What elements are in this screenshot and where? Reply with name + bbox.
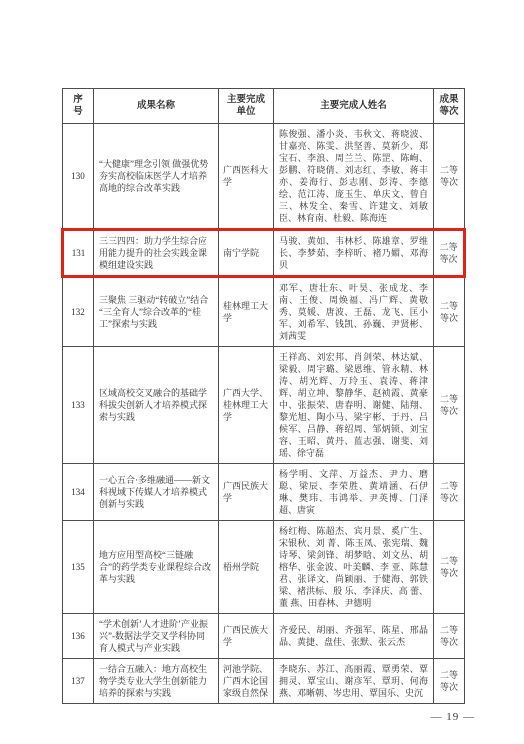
table-row: 133 区域高校交叉融合的基础学科拔尖创新人才培养模式探索与实践 广西大学、桂林… [63, 347, 465, 464]
cell-completer-names: 陈俊强、潘小炎、韦秋文、蒋晓波、甘嘉亮、陈雯、洪坚善、莫新少、郑宝石、李浪、周兰… [274, 124, 434, 230]
cell-completing-unit: 南宁学院 [219, 230, 274, 277]
cell-grade: 二等 等次 [434, 230, 465, 277]
col-header-no: 序 号 [63, 89, 94, 124]
cell-achievement-name: 三聚焦 三驱动“转破立”结合 “三全育人”综合改革的“桂工”探索与实践 [94, 277, 219, 347]
table-row-highlighted: 131 三三四四：助力学生综合应用能力提升的社会实践金课模组建设实践 南宁学院 … [63, 230, 465, 277]
cell-achievement-name: “大健康”理念引领 做强优势 夯实高校临床医学人才培养高地的综合改革实践 [94, 124, 219, 230]
table-row: 135 地方应用型高校“三链融合”的药学类专业课程综合改革与实践 梧州学院 杨红… [63, 521, 465, 614]
table-header-row: 序 号 成果名称 主要完成 单位 主要完成人姓名 成果 等次 [63, 89, 465, 124]
cell-achievement-name: 一结合五融入：地方高校生物学类专业大学生创新能力培养的探索与实践 [94, 659, 219, 704]
cell-sequence-number: 133 [63, 347, 94, 464]
cell-grade: 二等 等次 [434, 277, 465, 347]
awards-table: 序 号 成果名称 主要完成 单位 主要完成人姓名 成果 等次 130 “大健康”… [61, 88, 466, 704]
table-region: 序 号 成果名称 主要完成 单位 主要完成人姓名 成果 等次 130 “大健康”… [61, 88, 463, 723]
cell-completer-names: 邓军、唐壮东、叶昊、张成龙、李南、王俊、周焕福、冯广辉、黄敬秀、莫媛、唐波、王磊… [274, 277, 434, 347]
cell-achievement-name: “学术创新’人才进阶’产业振兴”-数据法学交叉学科协同育人模式与产业实践 [94, 614, 219, 659]
cell-sequence-number: 130 [63, 124, 94, 230]
cell-achievement-name: 区域高校交叉融合的基础学科拔尖创新人才培养模式探索与实践 [94, 347, 219, 464]
cell-completing-unit: 桂林理工大学 [219, 277, 274, 347]
cell-completer-names: 杨红梅、陈超杰、宾月景、奚广生、宋银秋、刘 菁、陈玉凤、张宪瑞、魏诗琴、梁剑锋、… [274, 521, 434, 614]
col-header-grade: 成果 等次 [434, 89, 465, 124]
cell-completer-names: 马骏、黄如、韦林杉、陈雄章、罗维长、李梦茹、李梓昕、褚乃媚、邓海贝 [274, 230, 434, 277]
cell-completer-names: 李晓东、苏江、高丽霞、覃勇荣、覃拥灵、覃宝山、谢彦军、覃玥、何海燕、邓晰朝、岑忠… [274, 659, 434, 704]
col-header-achievement-name: 成果名称 [94, 89, 219, 124]
table-row: 136 “学术创新’人才进阶’产业振兴”-数据法学交叉学科协同育人模式与产业实践… [63, 614, 465, 659]
cell-sequence-number: 132 [63, 277, 94, 347]
table-row: 134 一心五合·多维融通——新文科视域下传媒人才培养模式创新与实践 广西民族大… [63, 464, 465, 521]
cell-completing-unit: 梧州学院 [219, 521, 274, 614]
cell-completing-unit: 广西大学、桂林理工大学 [219, 347, 274, 464]
table-row: 132 三聚焦 三驱动“转破立”结合 “三全育人”综合改革的“桂工”探索与实践 … [63, 277, 465, 347]
cell-completer-names: 齐爱民、胡丽、齐强军、陈星、邢晶晶、黄捷、盘佳、张默、张云杰 [274, 614, 434, 659]
cell-sequence-number: 135 [63, 521, 94, 614]
cell-sequence-number: 137 [63, 659, 94, 704]
cell-grade: 二等 等次 [434, 614, 465, 659]
cell-completer-names: 杨学明、文萍、万益杰、尹力、磨聪、梁辰、李荣胜、黄靖涵、石伊琳、樊玮、韦鸿举、尹… [274, 464, 434, 521]
cell-grade: 二等 等次 [434, 347, 465, 464]
cell-completing-unit: 广西民族大学 [219, 614, 274, 659]
cell-completing-unit: 广西医科大学 [219, 124, 274, 230]
cell-achievement-name: 地方应用型高校“三链融合”的药学类专业课程综合改革与实践 [94, 521, 219, 614]
document-page: 序 号 成果名称 主要完成 单位 主要完成人姓名 成果 等次 130 “大健康”… [0, 0, 524, 744]
col-header-people: 主要完成人姓名 [274, 89, 434, 124]
cell-completer-names: 王祥高、刘宏邦、肖剑荣、林达斌、梁毅、周宇璐、梁恩维、管永精、林涛、胡光辉、万玲… [274, 347, 434, 464]
cell-grade: 二等 等次 [434, 659, 465, 704]
cell-completing-unit: 河池学院、广西木论国家级自然保 [219, 659, 274, 704]
cell-completing-unit: 广西民族大学 [219, 464, 274, 521]
cell-grade: 二等 等次 [434, 464, 465, 521]
table-row: 137 一结合五融入：地方高校生物学类专业大学生创新能力培养的探索与实践 河池学… [63, 659, 465, 704]
cell-sequence-number: 134 [63, 464, 94, 521]
table-row: 130 “大健康”理念引领 做强优势 夯实高校临床医学人才培养高地的综合改革实践… [63, 124, 465, 230]
cell-grade: 二等 等次 [434, 521, 465, 614]
cell-achievement-name: 三三四四：助力学生综合应用能力提升的社会实践金课模组建设实践 [94, 230, 219, 277]
page-number: — 19 — [61, 711, 475, 723]
cell-sequence-number: 136 [63, 614, 94, 659]
cell-sequence-number: 131 [63, 230, 94, 277]
cell-achievement-name: 一心五合·多维融通——新文科视域下传媒人才培养模式创新与实践 [94, 464, 219, 521]
col-header-unit: 主要完成 单位 [219, 89, 274, 124]
cell-grade: 二等 等次 [434, 124, 465, 230]
